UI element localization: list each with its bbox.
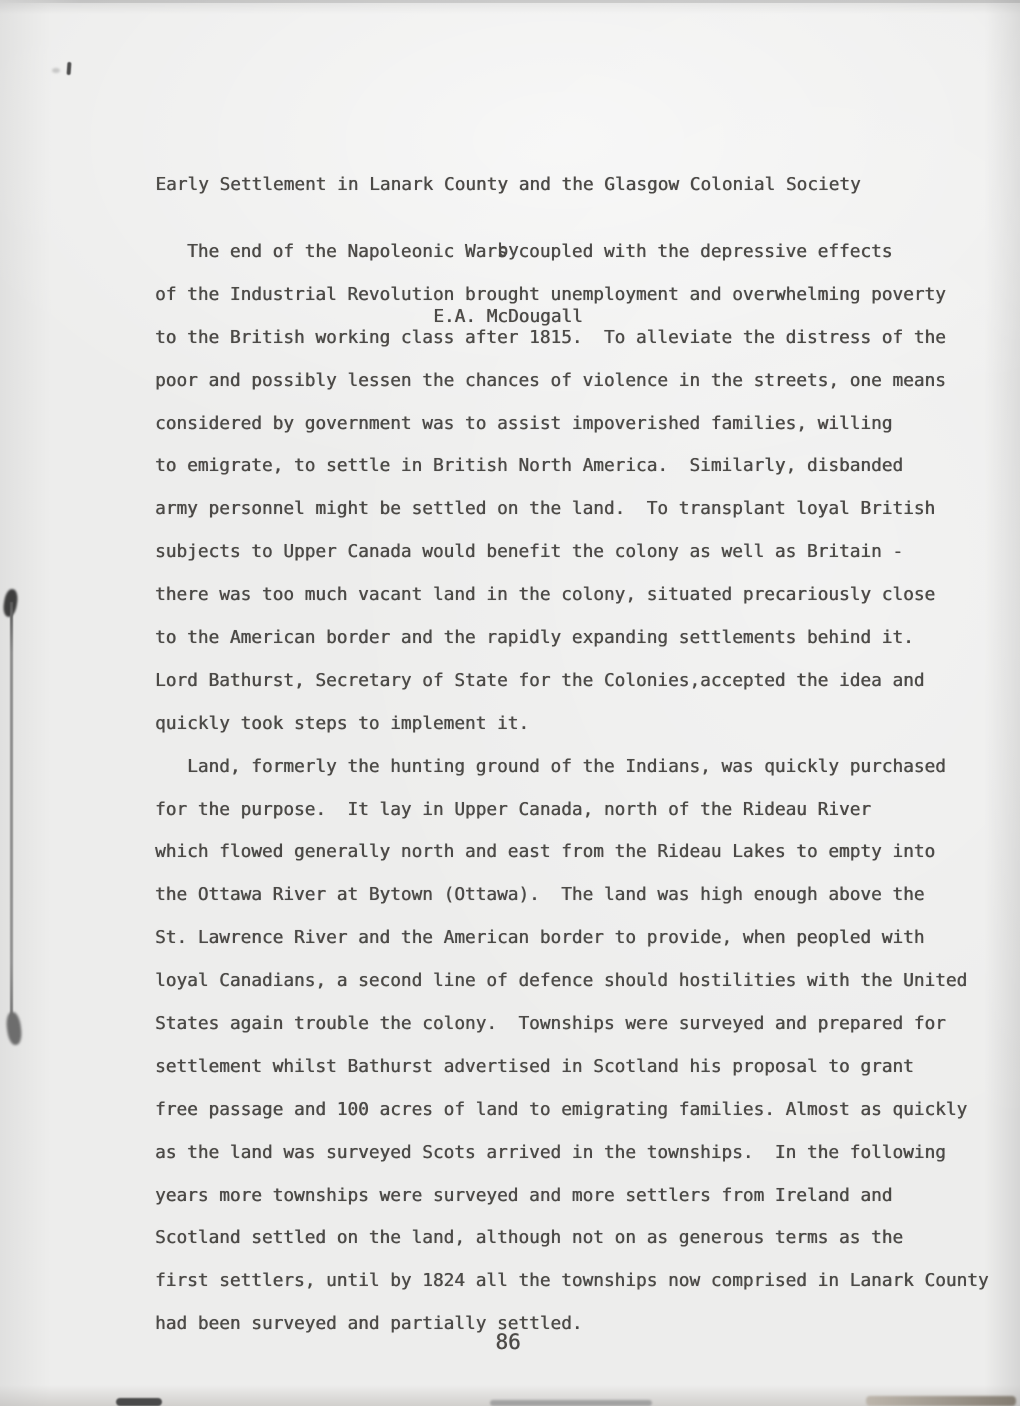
page-number: 86 [148, 1330, 868, 1354]
pen-tick-artifact [67, 62, 72, 75]
text-line: subjects to Upper Canada would benefit t… [155, 531, 1005, 574]
text-line: considered by government was to assist i… [155, 403, 1005, 446]
text-line: Lord Bathurst, Secretary of State for th… [155, 660, 1005, 703]
text-line: of the Industrial Revolution brought une… [155, 274, 1005, 317]
document-title: Early Settlement in Lanark County and th… [148, 174, 868, 196]
text-line: settlement whilst Bathurst advertised in… [155, 1046, 1005, 1089]
text-line: which flowed generally north and east fr… [155, 831, 1005, 874]
binding-mark-bottom-artifact [5, 1011, 23, 1045]
text-line: there was too much vacant land in the co… [155, 574, 1005, 617]
text-line: for the purpose. It lay in Upper Canada,… [155, 789, 1005, 832]
text-line: years more townships were surveyed and m… [155, 1175, 1005, 1218]
text-line: army personnel might be settled on the l… [155, 488, 1005, 531]
text-line: to the British working class after 1815.… [155, 317, 1005, 360]
bottom-edge-smudge-left [116, 1398, 162, 1406]
text-line: poor and possibly lessen the chances of … [155, 360, 1005, 403]
text-line: the Ottawa River at Bytown (Ottawa). The… [155, 874, 1005, 917]
text-line: free passage and 100 acres of land to em… [155, 1089, 1005, 1132]
text-line: to the American border and the rapidly e… [155, 617, 1005, 660]
text-line: loyal Canadians, a second line of defenc… [155, 960, 1005, 1003]
text-line: Scotland settled on the land, although n… [155, 1217, 1005, 1260]
text-line: as the land was surveyed Scots arrived i… [155, 1132, 1005, 1175]
smudge-artifact [52, 68, 60, 73]
text-line: to emigrate, to settle in British North … [155, 445, 1005, 488]
text-line: St. Lawrence River and the American bord… [155, 917, 1005, 960]
scan-top-edge-artifact [0, 0, 1020, 3]
scanned-document-page: Early Settlement in Lanark County and th… [0, 0, 1020, 1406]
text-line: The end of the Napoleonic Wars coupled w… [155, 231, 1005, 274]
text-line: first settlers, until by 1824 all the to… [155, 1260, 1005, 1303]
bottom-edge-smudge-right [866, 1396, 1016, 1406]
binding-line-artifact [10, 602, 13, 1027]
text-line: quickly took steps to implement it. [155, 703, 1005, 746]
text-line: Land, formerly the hunting ground of the… [155, 746, 1005, 789]
text-line: States again trouble the colony. Townshi… [155, 1003, 1005, 1046]
bottom-edge-smudge-center [490, 1400, 652, 1406]
body-text: The end of the Napoleonic Wars coupled w… [155, 231, 1005, 1346]
